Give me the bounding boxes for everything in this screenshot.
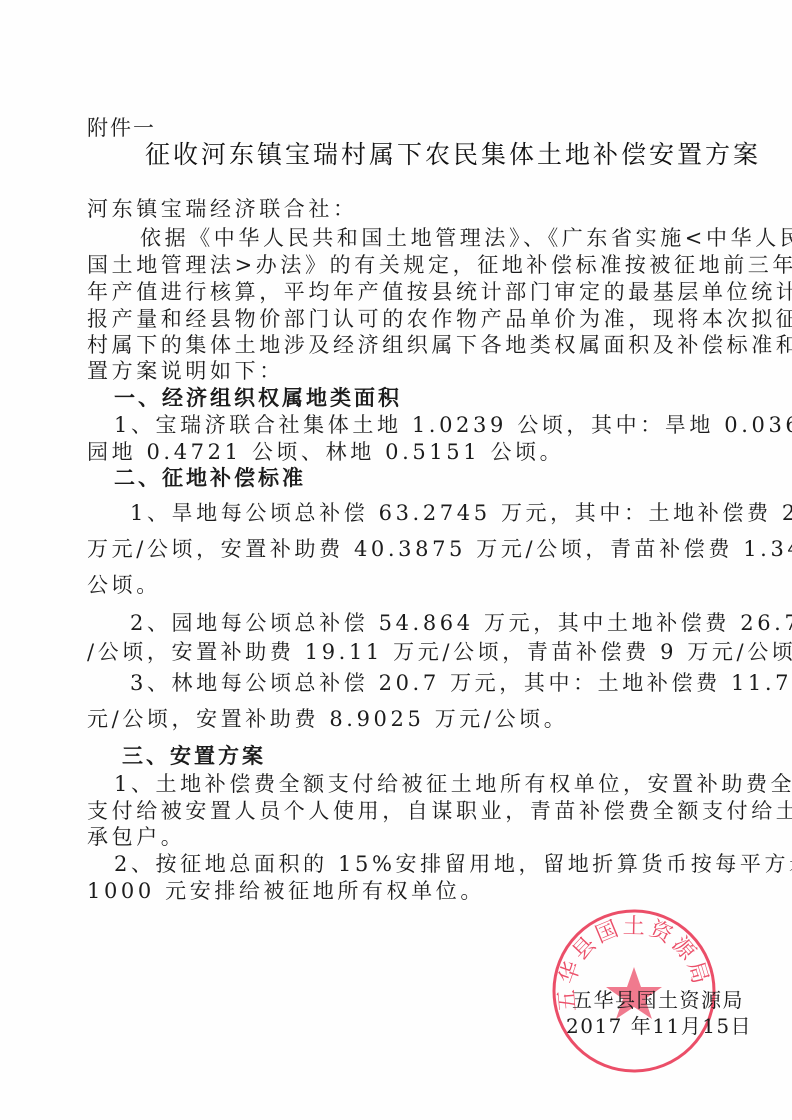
section-1-line: 1、宝瑞济联合社集体土地 1.0239 公顷，其中：旱地 0.0367 公顷、 [114,412,729,438]
section-heading-land-area: 一、经济组织权属地类面积 [114,385,774,411]
document-title: 征收河东镇宝瑞村属下农民集体土地补偿安置方案 [145,135,761,171]
recipient-line: 河东镇宝瑞经济联合社： [87,196,747,222]
section-3-line: 1000 元安排给被征地所有权单位。 [87,878,747,904]
section-3-line: 支付给被安置人员个人使用，自谋职业，青苗补偿费全额支付给土地 [87,798,727,824]
section-2-line: 1、旱地每公顷总补偿 63.2745 万元，其中：土地补偿费 21.54 [130,500,727,526]
section-1-line: 园地 0.4721 公顷、林地 0.5151 公顷。 [87,439,747,465]
section-2-line: 万元/公顷，安置补助费 40.3875 万元/公顷，青苗补偿费 1.347 万元… [87,536,727,562]
intro-line: 村属下的集体土地涉及经济组织属下各地类权属面积及补偿标准和安 [87,332,727,358]
section-2-line: /公顷，安置补助费 19.11 万元/公顷，青苗补偿费 9 万元/公顷。 [87,639,747,665]
section-2-line: 元/公顷，安置补助费 8.9025 万元/公顷。 [87,706,747,732]
section-2-line: 2、园地每公顷总补偿 54.864 万元，其中土地补偿费 26.754 万元 [130,610,727,636]
section-2-line: 公顷。 [87,572,747,598]
intro-line: 报产量和经县物价部门认可的农作物产品单价为准，现将本次拟征你 [87,306,727,332]
section-heading-resettlement-plan: 三、安置方案 [122,743,782,769]
section-3-line: 2、按征地总面积的 15%安排留用地，留地折算货币按每平方米 [114,851,727,877]
intro-line: 国土地管理法>办法》的有关规定，征地补偿标准按被征地前三年平均 [87,252,727,278]
intro-line: 置方案说明如下： [87,358,747,384]
signature-date: 2017 年11月15日 [566,1010,752,1039]
signature-organization: 五华县国土资源局 [572,984,744,1013]
intro-line: 依据《中华人民共和国土地管理法》、《广东省实施<中华人民共和 [140,225,727,251]
section-3-line: 承包户。 [87,824,747,850]
section-heading-compensation-standard: 二、征地补偿标准 [114,465,774,491]
intro-line: 年产值进行核算，平均年产值按县统计部门审定的最基层单位统计年 [87,279,727,305]
section-2-line: 3、林地每公顷总补偿 20.7 万元，其中：土地补偿费 11.7975 万 [130,670,727,696]
document-page: 附件一 征收河东镇宝瑞村属下农民集体土地补偿安置方案 河东镇宝瑞经济联合社： 依… [0,0,792,1120]
section-3-line: 1、土地补偿费全额支付给被征土地所有权单位，安置补助费全额 [114,771,727,797]
